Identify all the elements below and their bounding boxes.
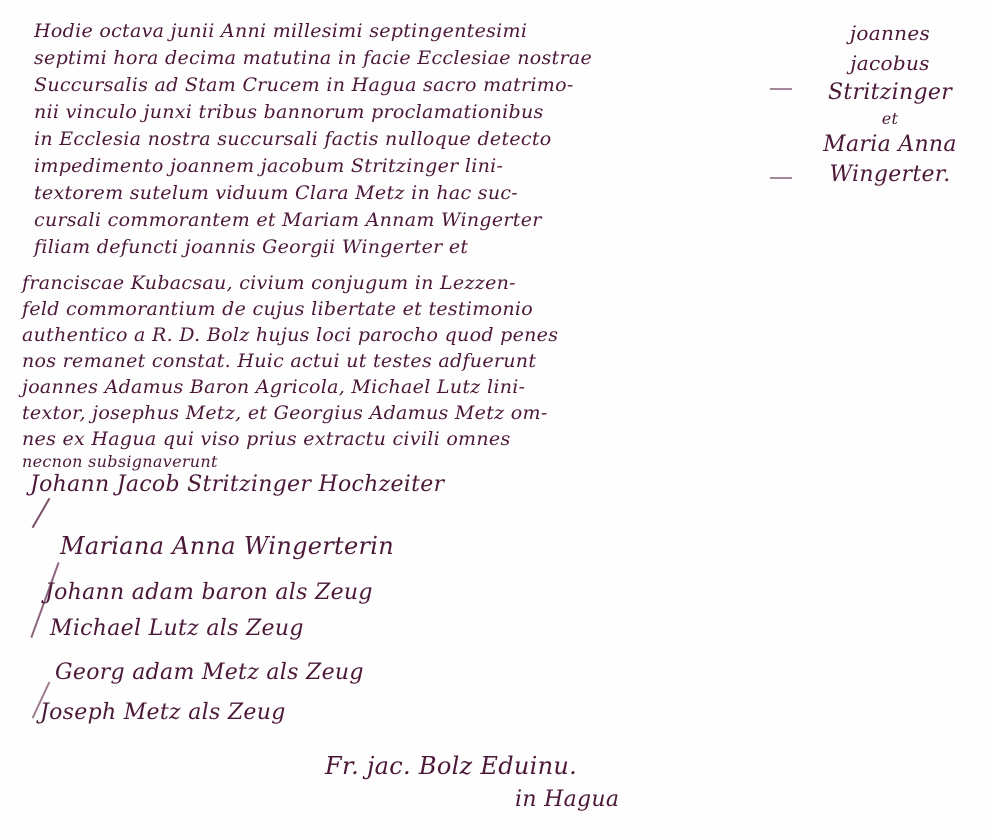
margin-dash xyxy=(770,177,792,179)
entry-line: nii vinculo junxi tribus bannorum procla… xyxy=(34,101,544,123)
signature-witness: Michael Lutz als Zeug xyxy=(50,616,304,641)
entry-line: nes ex Hagua qui viso prius extractu civ… xyxy=(22,428,511,450)
signature-witness: Johann adam baron als Zeug xyxy=(45,580,373,605)
margin-note: joannes jacobus Stritzinger et Maria Ann… xyxy=(800,18,980,190)
signature-officiant: Fr. jac. Bolz Eduinu. xyxy=(325,752,577,780)
signature-witness: Georg adam Metz als Zeug xyxy=(55,660,364,685)
entry-line: Hodie octava junii Anni millesimi septin… xyxy=(34,20,527,42)
entry-line: in Ecclesia nostra succursali factis nul… xyxy=(34,128,552,150)
margin-line: Maria Anna xyxy=(800,130,980,160)
entry-line: nos remanet constat. Huic actui ut teste… xyxy=(22,350,536,372)
margin-line: et xyxy=(800,108,980,130)
signature-witness: Joseph Metz als Zeug xyxy=(40,700,286,725)
entry-line: feld commorantium de cujus libertate et … xyxy=(22,298,533,320)
flourish-line xyxy=(32,498,51,528)
entry-line: necnon subsignaverunt xyxy=(22,452,218,471)
margin-line: jacobus xyxy=(800,48,980,78)
entry-line: textor, josephus Metz, et Georgius Adamu… xyxy=(22,402,548,424)
entry-line: septimi hora decima matutina in facie Ec… xyxy=(34,47,592,69)
signature-officiant-place: in Hagua xyxy=(515,787,619,812)
entry-line: franciscae Kubacsau, civium conjugum in … xyxy=(22,272,516,294)
entry-line: filiam defuncti joannis Georgii Wingerte… xyxy=(34,236,468,258)
signature-groom: Johann Jacob Stritzinger Hochzeiter xyxy=(30,472,444,497)
entry-line: textorem sutelum viduum Clara Metz in ha… xyxy=(34,182,518,204)
entry-line: joannes Adamus Baron Agricola, Michael L… xyxy=(22,376,525,398)
entry-line: impedimento joannem jacobum Stritzinger … xyxy=(34,155,503,177)
margin-line: Wingerter. xyxy=(800,160,980,190)
entry-line: authentico a R. D. Bolz hujus loci paroc… xyxy=(22,324,558,346)
signature-bride: Mariana Anna Wingerterin xyxy=(60,532,394,560)
margin-dash xyxy=(770,88,792,90)
margin-line: joannes xyxy=(800,18,980,48)
margin-line: Stritzinger xyxy=(800,78,980,108)
entry-line: cursali commorantem et Mariam Annam Wing… xyxy=(34,209,542,231)
entry-line: Succursalis ad Stam Crucem in Hagua sacr… xyxy=(34,74,574,96)
document-page: joannes jacobus Stritzinger et Maria Ann… xyxy=(0,0,989,840)
